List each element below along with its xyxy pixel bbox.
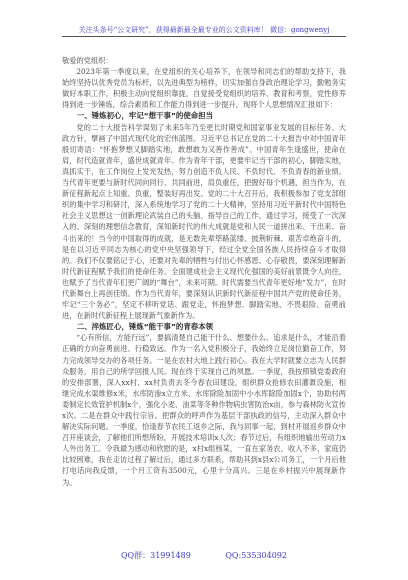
footer-contact: QQ群：31991489 QQ:535304092 bbox=[0, 550, 408, 561]
section-1-paragraph: 党的二十大报告科学谋划了未来5年乃至更长时期党和国家事业发展的目标任务、大政方针… bbox=[62, 122, 346, 322]
document-body: 敬爱的党组织： 2023年第一季度以来，在党组织的关心培养下，在领导和同志们的帮… bbox=[62, 55, 346, 488]
section-heading-2: 二、淬炼匠心，锤炼“能干事”的青春本领 bbox=[62, 321, 346, 332]
footer-qq-group: QQ群：31991489 bbox=[121, 551, 191, 560]
header-banner-text: 关注头条号“公文研究”，获得最新最全最专业的公文资料库！ 微信：gongweny… bbox=[79, 26, 330, 34]
section-heading-1: 一、锤炼初心，牢记“想干事”的使命担当 bbox=[62, 110, 346, 121]
header-banner: 关注头条号“公文研究”，获得最新最全最专业的公文资料库！ 微信：gongweny… bbox=[62, 25, 346, 37]
salutation: 敬爱的党组织： bbox=[62, 55, 346, 66]
section-2-paragraph: “心有所信，方能行远”，要搞清楚自己能干什么、想要什么、追求是什么，才能沿着正确… bbox=[62, 332, 346, 487]
intro-paragraph: 2023年第一季度以来，在党组织的关心培养下，在领导和同志们的帮助支持下，我始终… bbox=[62, 66, 346, 110]
footer-qq: QQ:535304092 bbox=[225, 551, 287, 560]
